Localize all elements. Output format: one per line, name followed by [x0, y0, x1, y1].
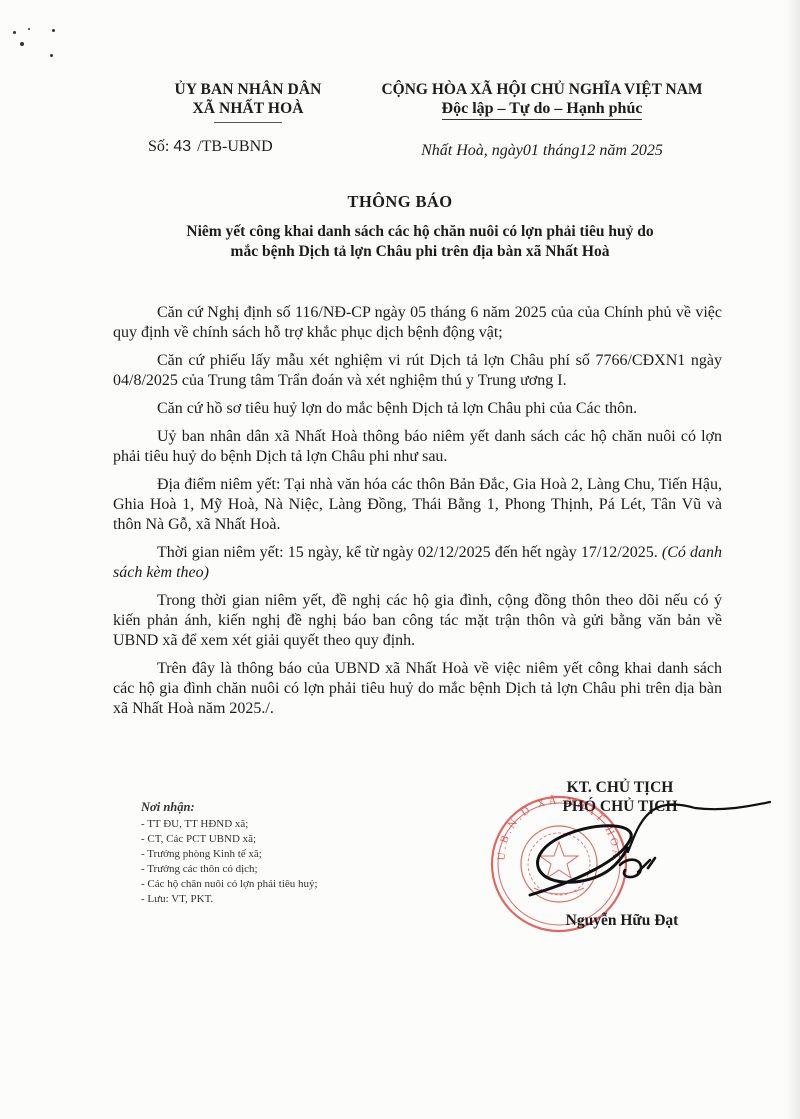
recipient-item: - Trưởng các thôn có dịch;	[141, 862, 441, 877]
body-paragraph-legal-basis-2: Căn cứ phiếu lấy mẫu xét nghiệm vi rút D…	[113, 351, 722, 391]
doc-number-prefix: Số:	[148, 138, 169, 155]
signer-authority: KT. CHỦ TỊCH	[500, 778, 740, 797]
scan-speck	[20, 42, 24, 46]
scan-speck	[52, 29, 55, 32]
document-title: THÔNG BÁO	[0, 192, 800, 212]
recipients-list: Nơi nhận: - TT ĐU, TT HĐND xã; - CT, Các…	[141, 800, 441, 907]
body-paragraph-conclusion: Trên đây là thông báo của UBND xã Nhất H…	[113, 659, 722, 719]
place-and-date: Nhất Hoà, ngày01 tháng12 năm 2025	[352, 142, 732, 160]
signer-name: Nguyễn Hữu Đạt	[522, 912, 722, 930]
national-header: CỘNG HÒA XÃ HỘI CHỦ NGHĨA VIỆT NAM Độc l…	[352, 80, 732, 120]
recipient-item: - Trưởng phòng Kinh tế xã;	[141, 847, 441, 862]
scan-edge-shadow	[786, 0, 800, 1119]
recipients-label: Nơi nhận:	[141, 800, 441, 815]
body-paragraph-announcement: Uỷ ban nhân dân xã Nhất Hoà thông báo ni…	[113, 427, 722, 467]
issuer-header: ỦY BAN NHÂN DÂN XÃ NHẤT HOÀ	[128, 80, 368, 123]
document-body: Căn cứ Nghị định số 116/NĐ-CP ngày 05 th…	[113, 303, 722, 727]
body-paragraph-legal-basis-1: Căn cứ Nghị định số 116/NĐ-CP ngày 05 th…	[113, 303, 722, 343]
document-number: Số:43/TB-UBND	[148, 138, 273, 156]
body-paragraph-time: Thời gian niêm yết: 15 ngày, kể từ ngày …	[113, 543, 722, 583]
scan-speck	[13, 31, 16, 34]
body-paragraph-location: Địa điểm niêm yết: Tại nhà văn hóa các t…	[113, 475, 722, 535]
issuer-line-2: XÃ NHẤT HOÀ	[128, 99, 368, 118]
scan-speck	[28, 28, 30, 30]
doc-number-value: 43	[173, 138, 191, 155]
issuer-underline	[214, 122, 282, 123]
country-name: CỘNG HÒA XÃ HỘI CHỦ NGHĨA VIỆT NAM	[352, 80, 732, 99]
body-paragraph-feedback: Trong thời gian niêm yết, đề nghị các hộ…	[113, 591, 722, 651]
body-paragraph-legal-basis-3: Căn cứ hồ sơ tiêu huỷ lợn do mắc bệnh Dị…	[113, 399, 722, 419]
document-subtitle: Niêm yết công khai danh sách các hộ chăn…	[120, 222, 720, 262]
subtitle-line-1: Niêm yết công khai danh sách các hộ chăn…	[120, 222, 720, 242]
scan-speck	[50, 54, 53, 57]
recipient-item: - TT ĐU, TT HĐND xã;	[141, 817, 441, 832]
handwritten-signature	[480, 800, 780, 910]
issuer-line-1: ỦY BAN NHÂN DÂN	[128, 80, 368, 99]
recipient-item: - Các hộ chăn nuôi có lợn phải tiêu huỷ;	[141, 877, 441, 892]
recipient-item: - CT, Các PCT UBND xã;	[141, 832, 441, 847]
posting-period: Thời gian niêm yết: 15 ngày, kể từ ngày …	[157, 544, 658, 561]
subtitle-line-2: mắc bệnh Dịch tả lợn Châu phi trên địa b…	[120, 242, 720, 262]
recipient-item: - Lưu: VT, PKT.	[141, 892, 441, 907]
doc-number-suffix: /TB-UBND	[197, 138, 273, 155]
national-motto: Độc lập – Tự do – Hạnh phúc	[442, 99, 643, 120]
